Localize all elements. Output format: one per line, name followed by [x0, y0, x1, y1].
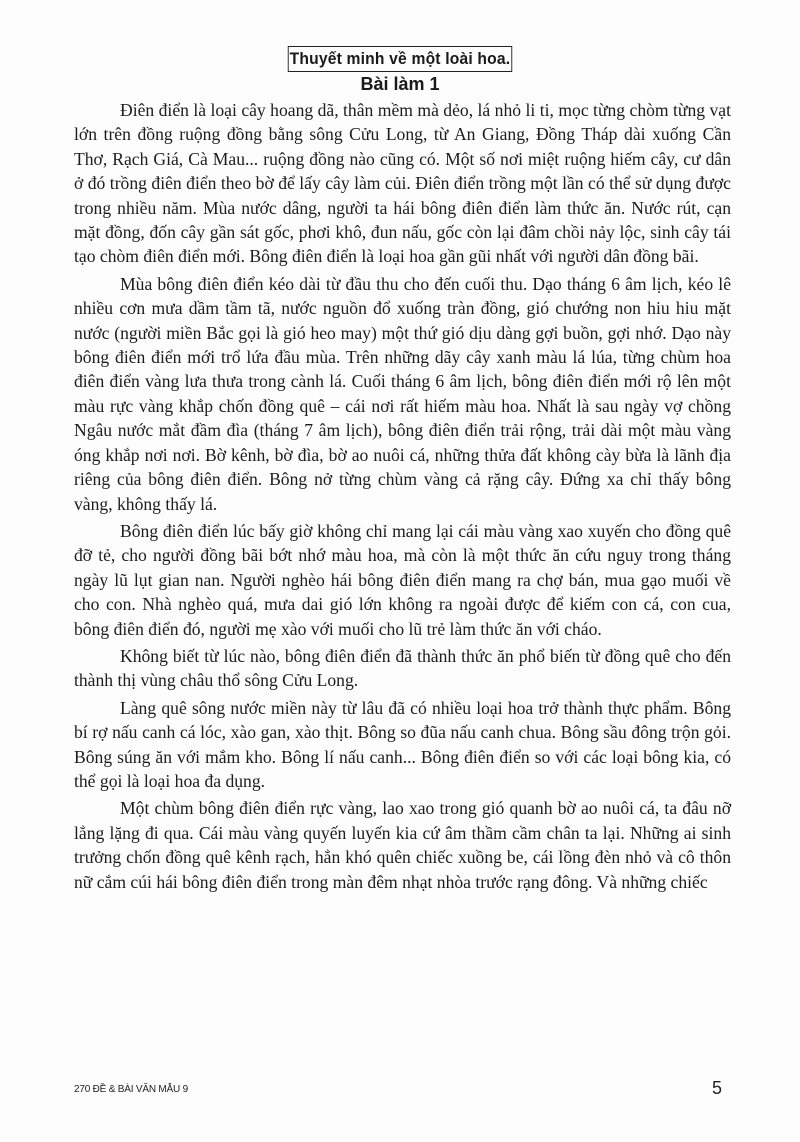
paragraph: Làng quê sông nước miền này từ lâu đã có… [74, 696, 731, 794]
section-title: Thuyết minh về một loài hoa. [290, 49, 511, 69]
essay-body: Điên điển là loại cây hoang dã, thân mềm… [74, 98, 731, 897]
paragraph: Một chùm bông điên điển rực vàng, lao xa… [74, 796, 731, 894]
page-number: 5 [712, 1078, 722, 1099]
paragraph: Điên điển là loại cây hoang dã, thân mềm… [74, 98, 731, 269]
paragraph: Không biết từ lúc nào, bông điên điển đã… [74, 644, 731, 693]
essay-subtitle: Bài làm 1 [0, 74, 800, 95]
section-title-box: Thuyết minh về một loài hoa. [288, 46, 512, 72]
document-page: Thuyết minh về một loài hoa. Bài làm 1 Đ… [0, 0, 800, 1142]
book-title-footer: 270 ĐỀ & BÀI VĂN MẪU 9 [74, 1084, 188, 1095]
paragraph: Mùa bông điên điển kéo dài từ đầu thu ch… [74, 272, 731, 516]
paragraph: Bông điên điển lúc bấy giờ không chỉ man… [74, 519, 731, 641]
